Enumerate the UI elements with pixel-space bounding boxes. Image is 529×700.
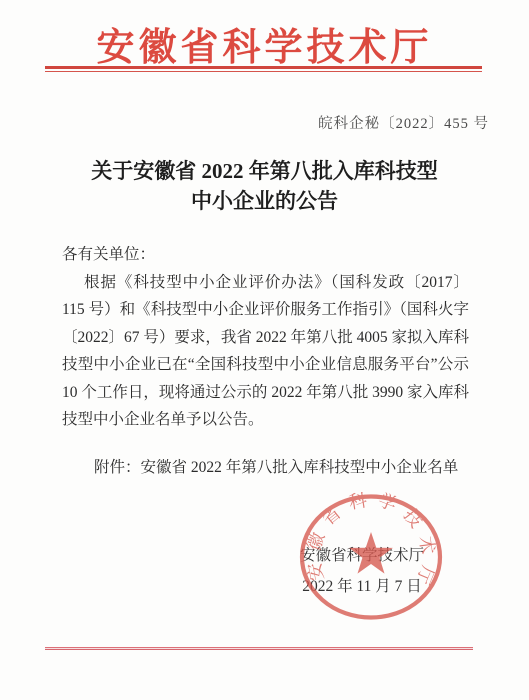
header-double-rule: [45, 66, 482, 72]
salutation: 各有关单位：: [62, 241, 469, 269]
signature-date: 2022 年 11 月 7 日: [278, 571, 446, 602]
doc-title-line2: 中小企业的公告: [191, 189, 338, 213]
body-paragraph: 根据《科技型中小企业评价办法》（国科发政〔2017〕115 号）和《科技型中小企…: [62, 269, 469, 434]
header-rule-thin: [45, 71, 482, 72]
doc-body: 各有关单位： 根据《科技型中小企业评价办法》（国科发政〔2017〕115 号）和…: [62, 241, 469, 481]
signer-name: 安徽省科学技术厅: [278, 540, 446, 571]
doc-title-line1: 关于安徽省 2022 年第八批入库科技型: [91, 159, 438, 183]
signature-block: 安徽省科学技术厅 2022 年 11 月 7 日: [278, 540, 446, 602]
doc-title: 关于安徽省 2022 年第八批入库科技型 中小企业的公告: [0, 156, 529, 216]
header-rule-thick: [45, 66, 482, 69]
attachment-line: 附件：安徽省 2022 年第八批入库科技型中小企业名单: [62, 454, 469, 482]
footer-rule: [45, 647, 473, 650]
document-page: 安徽省科学技术厅 皖科企秘〔2022〕455 号 关于安徽省 2022 年第八批…: [0, 0, 529, 700]
doc-number: 皖科企秘〔2022〕455 号: [318, 112, 489, 133]
agency-header-title: 安徽省科学技术厅: [0, 16, 529, 71]
